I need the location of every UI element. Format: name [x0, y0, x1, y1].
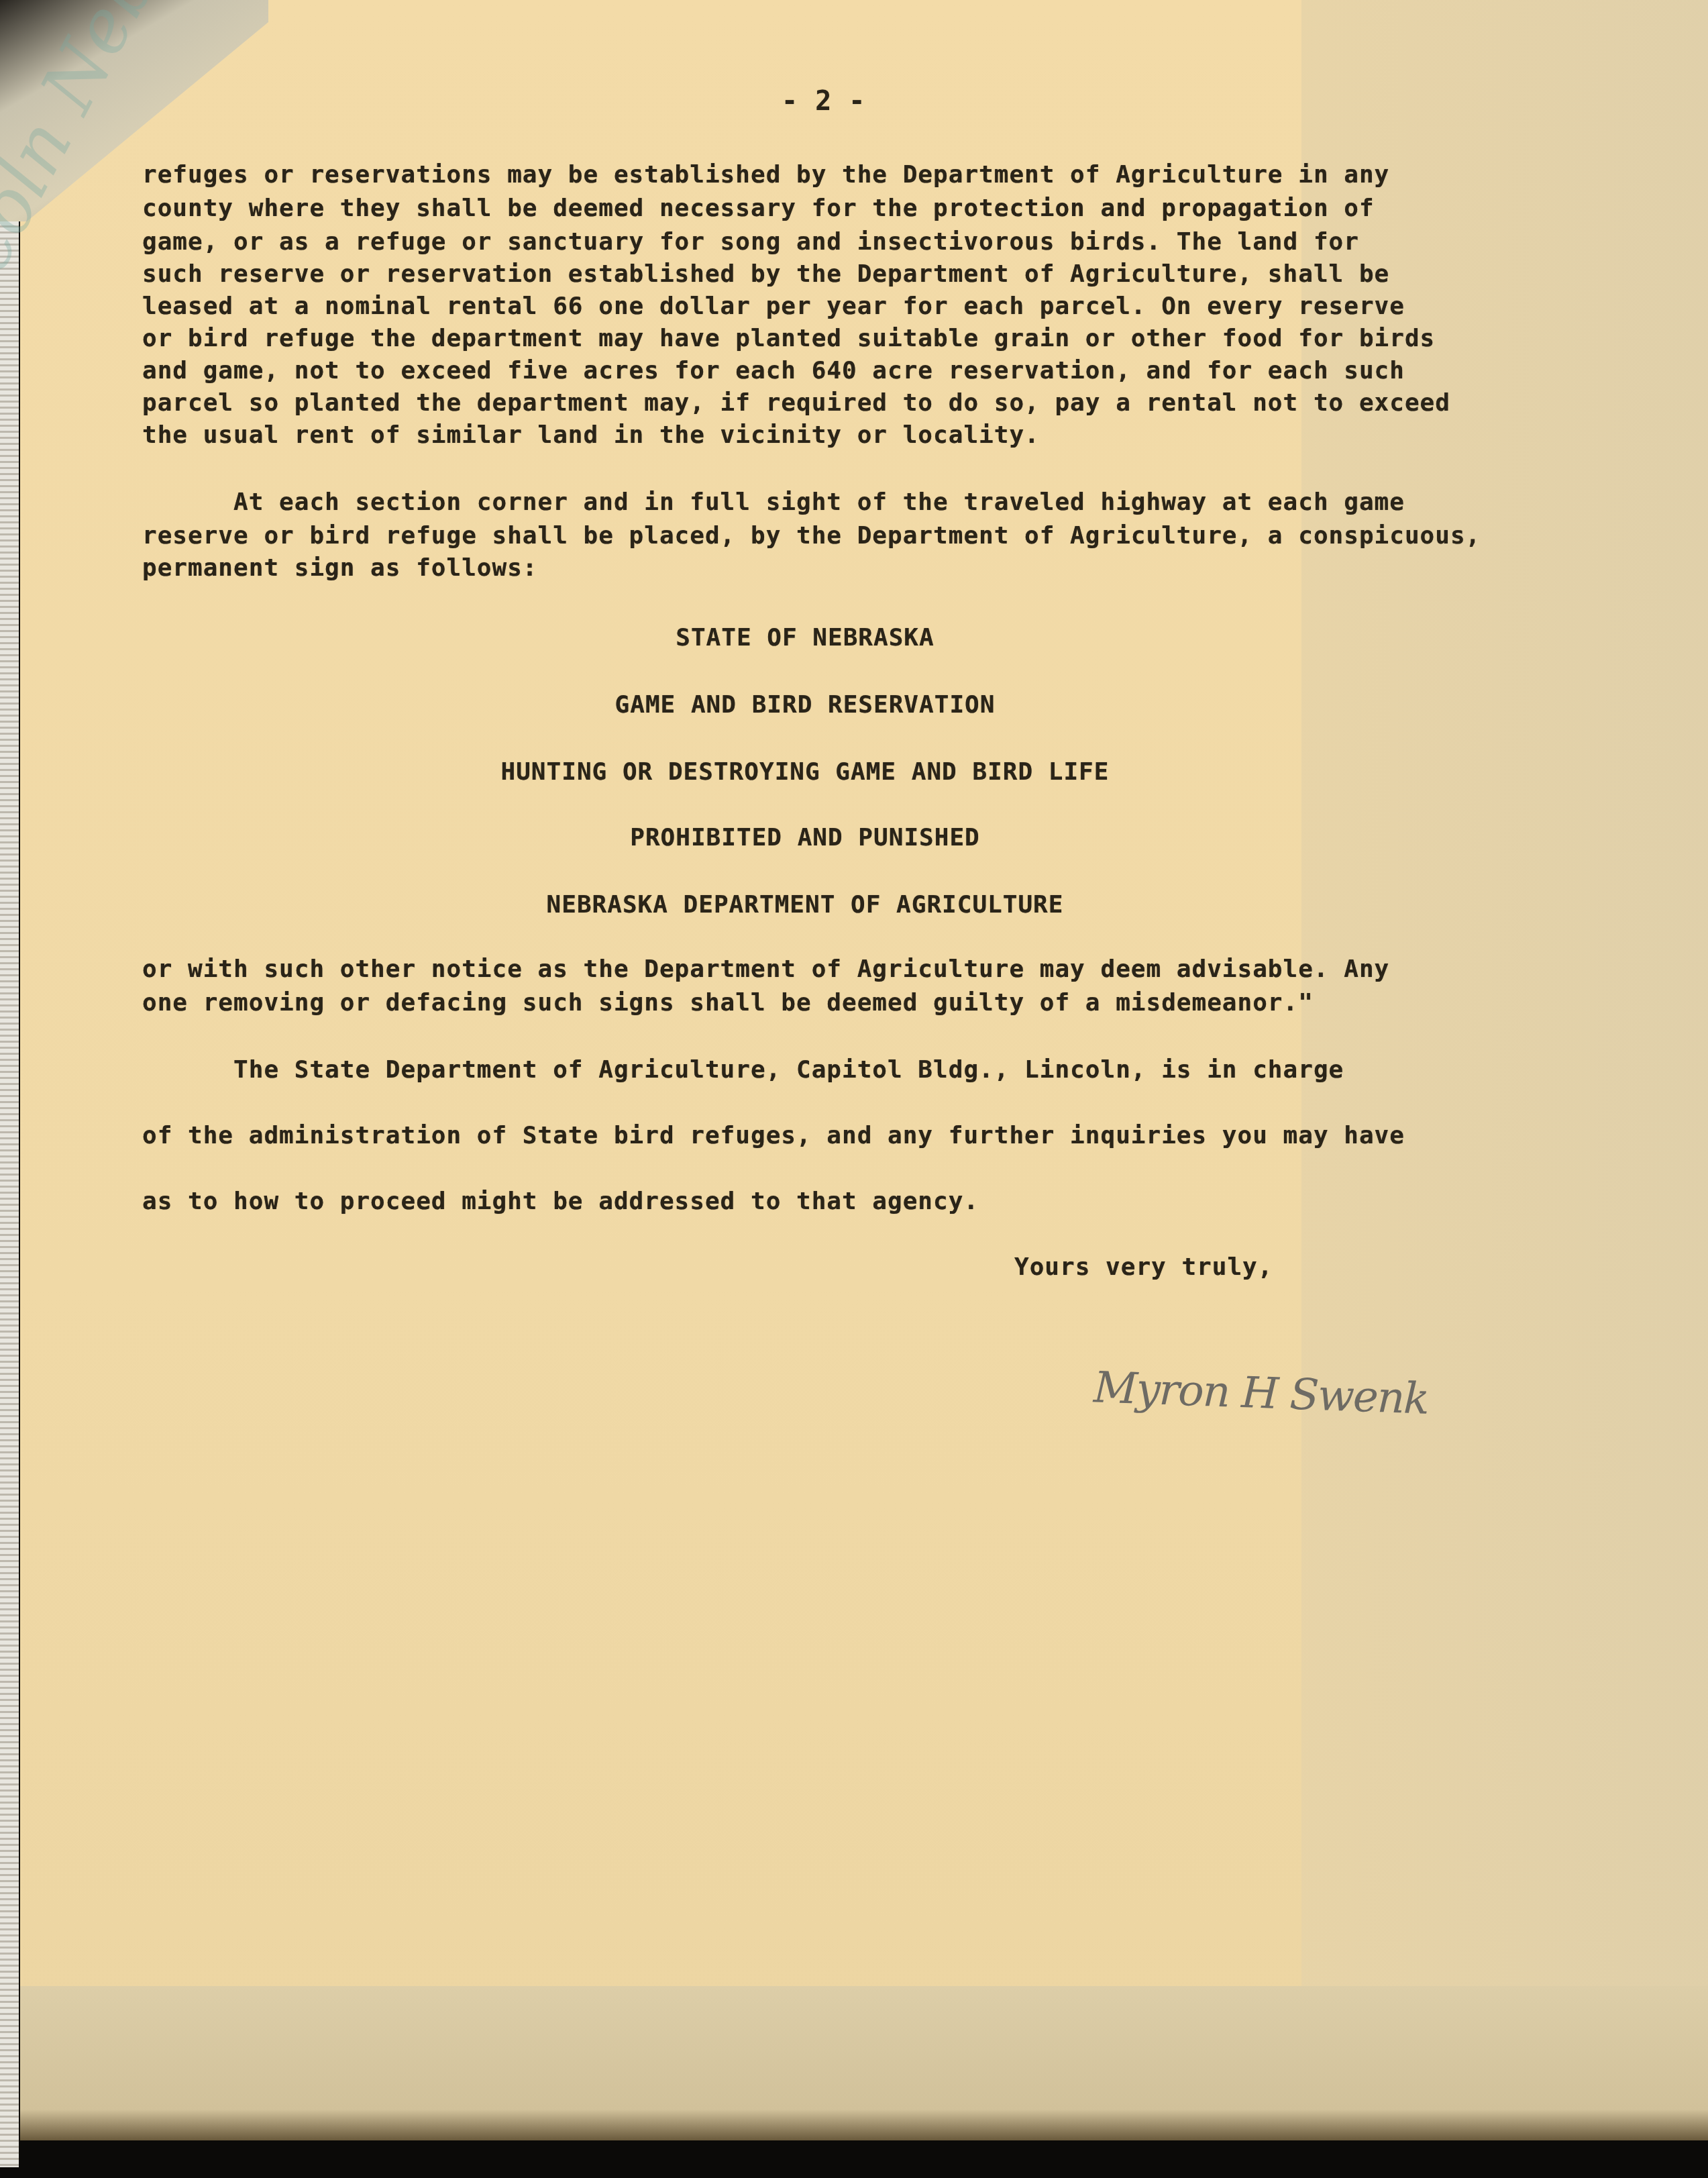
text-line: At each section corner and in full sight…: [142, 488, 1405, 516]
text-line: game, or as a refuge or sanctuary for so…: [142, 228, 1359, 256]
text-line: The State Department of Agriculture, Cap…: [142, 1056, 1344, 1084]
text-line: or bird refuge the department may have p…: [142, 325, 1435, 352]
text-line: leased at a nominal rental 66 one dollar…: [142, 293, 1405, 320]
text-line: as to how to proceed might be addressed …: [142, 1188, 979, 1215]
sign-line: NEBRASKA DEPARTMENT OF AGRICULTURE: [0, 891, 1610, 919]
text-line: one removing or defacing such signs shal…: [142, 989, 1314, 1017]
sign-line: HUNTING OR DESTROYING GAME AND BIRD LIFE: [0, 758, 1610, 786]
text-line: refuges or reservations may be establish…: [142, 161, 1389, 189]
text-line: of the administration of State bird refu…: [142, 1122, 1405, 1149]
text-line: such reserve or reservation established …: [142, 260, 1389, 288]
scan-background: [0, 2140, 1708, 2178]
text-line: county where they shall be deemed necess…: [142, 195, 1375, 222]
text-line: or with such other notice as the Departm…: [142, 955, 1389, 983]
closing-salutation: Yours very truly,: [1014, 1253, 1273, 1281]
text-line: and game, not to exceed five acres for e…: [142, 357, 1405, 384]
text-line: the usual rent of similar land in the vi…: [142, 421, 1040, 449]
text-line: reserve or bird refuge shall be placed, …: [142, 522, 1481, 550]
text-line: parcel so planted the department may, if…: [142, 389, 1450, 417]
sign-line: STATE OF NEBRASKA: [0, 624, 1610, 652]
text-line: permanent sign as follows:: [142, 554, 538, 582]
binding-strip: [0, 221, 19, 2167]
page-bottom-edge: [20, 1986, 1708, 2140]
page-number: - 2 -: [782, 86, 865, 117]
sign-line: PROHIBITED AND PUNISHED: [0, 824, 1610, 851]
sign-line: GAME AND BIRD RESERVATION: [0, 691, 1610, 719]
